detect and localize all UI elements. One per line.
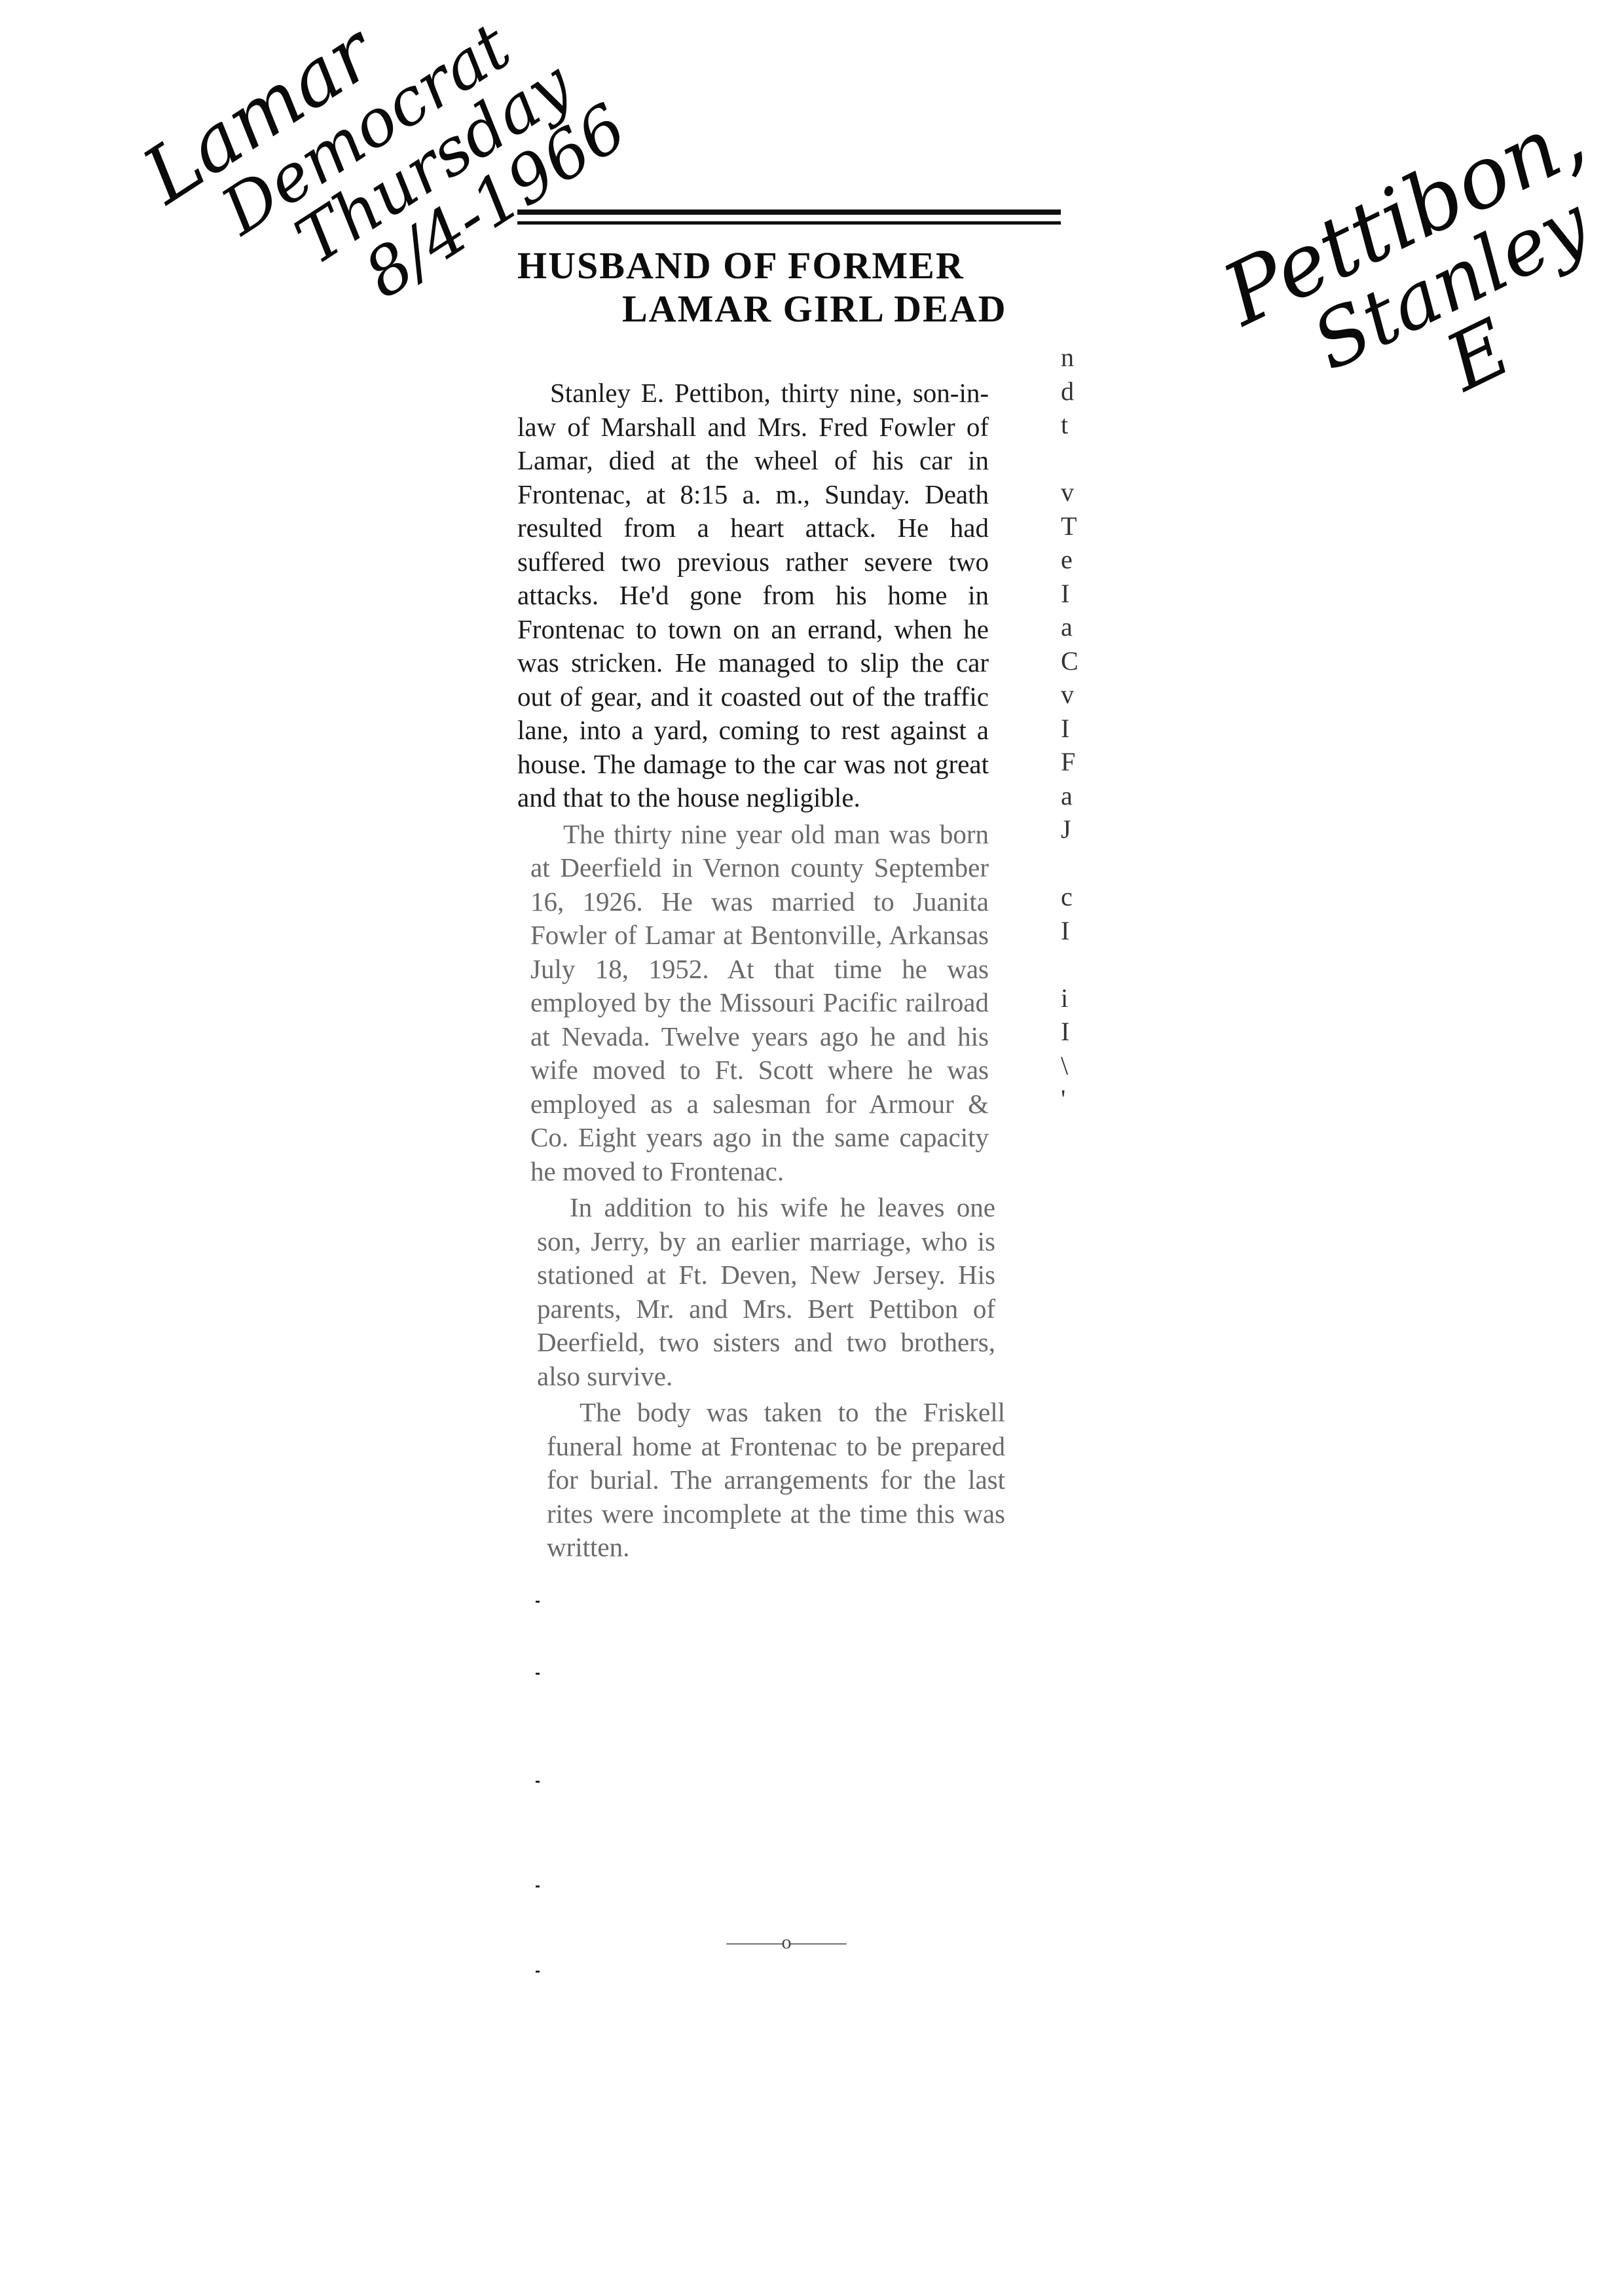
handwritten-annotation-subject: Pettibon, Stanley E bbox=[1211, 92, 1624, 479]
paragraph-1: Stanley E. Pettibon, thirty nine, son-in… bbox=[517, 376, 989, 815]
column-fragment: I bbox=[1061, 577, 1100, 611]
paragraph-4: The body was taken to the Friskell funer… bbox=[547, 1396, 1005, 1565]
column-fragment: C bbox=[1061, 644, 1100, 678]
column-fragment: v bbox=[1061, 678, 1100, 712]
column-fragment: T bbox=[1061, 509, 1100, 543]
column-fragment: ' bbox=[1061, 1082, 1100, 1116]
column-fragment: I bbox=[1061, 914, 1100, 948]
column-fragment: e bbox=[1061, 543, 1100, 577]
adjacent-column-fragments: ndtvTeIaCvIFaJcIiI\' bbox=[1061, 340, 1100, 1116]
headline: HUSBAND OF FORMER LAMAR GIRL DEAD bbox=[517, 244, 1061, 331]
paragraph-3: In addition to his wife he leaves one so… bbox=[537, 1191, 995, 1393]
newspaper-clipping: HUSBAND OF FORMER LAMAR GIRL DEAD Stanle… bbox=[517, 210, 1061, 1567]
headline-line-1: HUSBAND OF FORMER bbox=[517, 244, 1061, 287]
column-fragment: \ bbox=[1061, 1049, 1100, 1083]
margin-mark bbox=[536, 1673, 540, 1675]
article-end-mark: ———o——— bbox=[655, 1931, 917, 1954]
top-rule-thin bbox=[517, 221, 1061, 225]
margin-mark bbox=[536, 1781, 540, 1783]
headline-line-2: LAMAR GIRL DEAD bbox=[517, 287, 1061, 331]
column-fragment: J bbox=[1061, 812, 1100, 847]
column-fragment bbox=[1061, 847, 1100, 881]
column-fragment bbox=[1061, 947, 1100, 981]
article-body: Stanley E. Pettibon, thirty nine, son-in… bbox=[517, 376, 989, 1565]
column-fragment: v bbox=[1061, 475, 1100, 509]
column-fragment: c bbox=[1061, 880, 1100, 914]
column-fragment: F bbox=[1061, 745, 1100, 779]
column-fragment: t bbox=[1061, 408, 1100, 442]
margin-mark bbox=[536, 1971, 540, 1973]
column-fragment: d bbox=[1061, 374, 1100, 409]
column-fragment: a bbox=[1061, 610, 1100, 644]
column-fragment: n bbox=[1061, 340, 1100, 374]
paragraph-2: The thirty nine year old man was born at… bbox=[530, 818, 989, 1189]
margin-mark bbox=[536, 1601, 540, 1603]
column-fragment: a bbox=[1061, 779, 1100, 813]
margin-mark bbox=[536, 1886, 540, 1887]
column-fragment bbox=[1061, 442, 1100, 476]
column-fragment: I bbox=[1061, 712, 1100, 746]
column-fragment: i bbox=[1061, 981, 1100, 1015]
column-fragment: I bbox=[1061, 1015, 1100, 1049]
top-rule bbox=[517, 210, 1061, 215]
